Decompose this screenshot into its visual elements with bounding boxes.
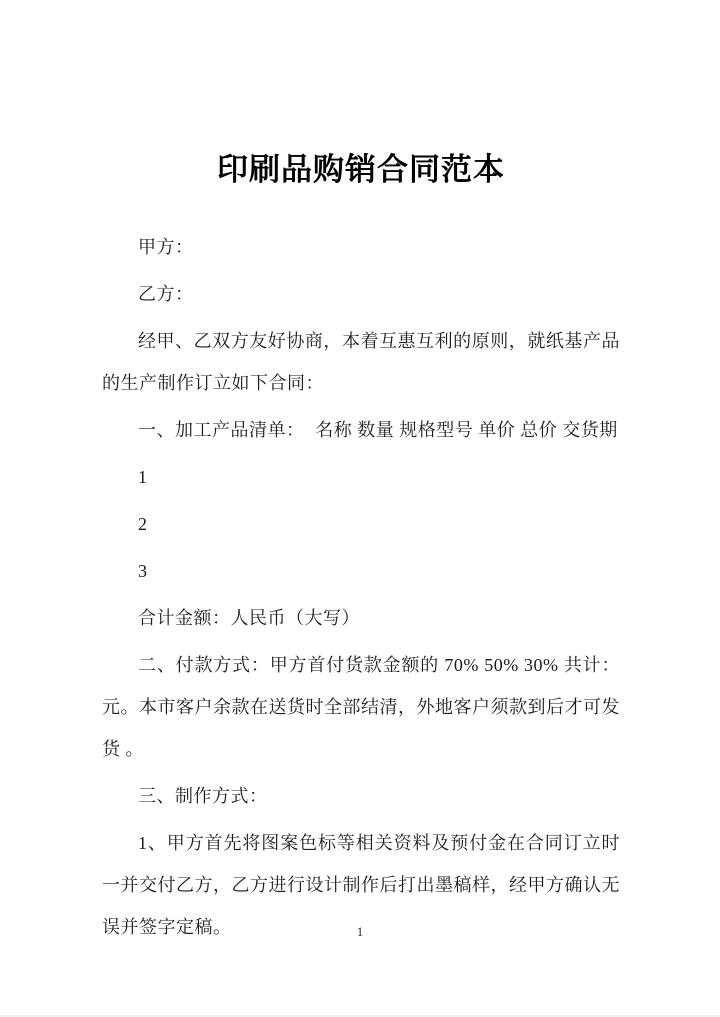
document-title: 印刷品购销合同范本 xyxy=(102,150,620,190)
product-list-heading: 一、加工产品清单： xyxy=(138,420,305,440)
payment-heading: 二、付款方式： xyxy=(138,655,270,675)
product-row-1: 1 xyxy=(102,456,620,498)
page-number: 1 xyxy=(0,924,720,940)
payment-paragraph: 二、付款方式：甲方首付货款金额的 70% 50% 30% 共计： 元。本市客户余… xyxy=(102,644,620,770)
product-list-heading-line: 一、加工产品清单：名称 数量 规格型号 单价 总价 交货期 xyxy=(102,409,620,451)
total-amount-line: 合计金额：人民币（大写） xyxy=(102,597,620,639)
product-row-3: 3 xyxy=(102,550,620,592)
party-a-line: 甲方： xyxy=(102,226,620,268)
document-page: 印刷品购销合同范本 甲方： 乙方： 经甲、乙双方友好协商，本着互惠互利的原则，就… xyxy=(0,0,720,1017)
preamble-paragraph: 经甲、乙双方友好协商，本着互惠互利的原则，就纸基产品的生产制作订立如下合同： xyxy=(102,320,620,404)
product-row-2: 2 xyxy=(102,503,620,545)
product-list-columns: 名称 数量 规格型号 单价 总价 交货期 xyxy=(315,420,618,440)
party-b-line: 乙方： xyxy=(102,273,620,315)
production-heading: 三、制作方式： xyxy=(102,775,620,817)
